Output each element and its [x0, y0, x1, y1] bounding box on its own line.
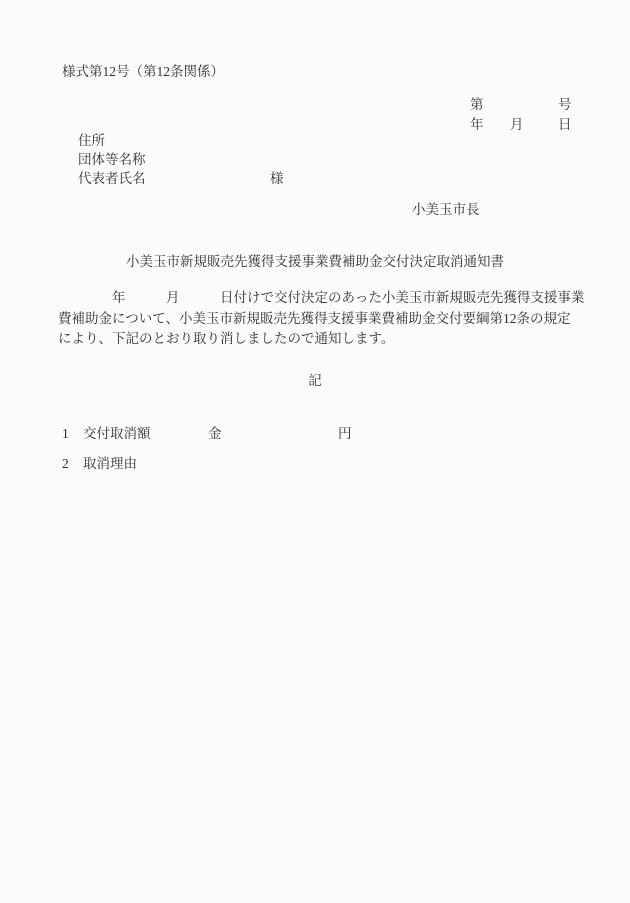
- body-paragraph: 年 月 日付けで交付決定のあった小美玉市新規販売先獲得支援事業 費補助金について…: [58, 288, 603, 350]
- item-2-number: 2: [62, 456, 69, 472]
- doc-number-prefix: 第: [470, 97, 484, 113]
- issue-date-day-label: 日: [558, 117, 572, 133]
- record-marker: 記: [0, 373, 630, 389]
- recipient-representative-label: 代表者氏名: [78, 171, 146, 187]
- body-line-2: 費補助金について、小美玉市新規販売先獲得支援事業費補助金交付要綱第12条の規定: [58, 309, 603, 330]
- item-2-cancel-reason-label: 取消理由: [83, 456, 137, 472]
- item-1-cancel-amount-label: 交付取消額: [83, 426, 151, 442]
- body-line-3: により、下記のとおり取り消しましたので通知します。: [58, 329, 603, 350]
- item-1-amount-prefix: 金: [208, 426, 222, 442]
- recipient-organization-label: 団体等名称: [78, 152, 146, 168]
- body-line-1: 年 月 日付けで交付決定のあった小美玉市新規販売先獲得支援事業: [58, 288, 603, 309]
- recipient-address-label: 住所: [78, 133, 105, 149]
- issue-date-month-label: 月: [510, 117, 524, 133]
- issue-date-year-label: 年: [470, 117, 484, 133]
- document-title: 小美玉市新規販売先獲得支援事業費補助金交付決定取消通知書: [0, 254, 630, 270]
- doc-number-suffix: 号: [558, 97, 572, 113]
- sender-name: 小美玉市長: [412, 202, 480, 218]
- item-1-amount-unit: 円: [338, 426, 352, 442]
- recipient-honorific: 様: [270, 171, 284, 187]
- item-1-number: 1: [62, 426, 69, 442]
- document-page: 様式第12号（第12条関係） 第 号 年 月 日 住所 団体等名称 代表者氏名 …: [0, 0, 630, 903]
- form-number: 様式第12号（第12条関係）: [62, 64, 224, 80]
